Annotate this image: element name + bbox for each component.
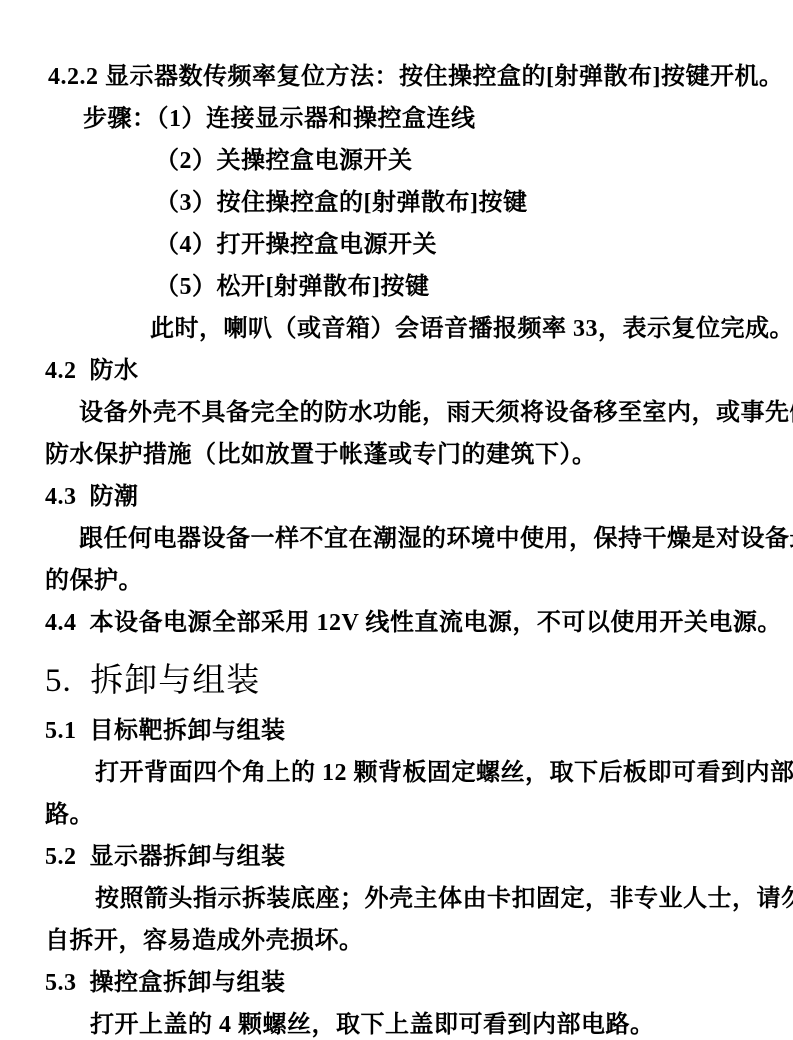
para-5-2-line-1: 按照箭头指示拆装底座；外壳主体由卡扣固定，非专业人士，请勿擅 xyxy=(45,878,755,920)
heading-4-3-moisture: 4.3 防潮 xyxy=(45,476,755,518)
step-2: （2）关操控盒电源开关 xyxy=(45,140,755,182)
heading-4-2-2: 4.2.2 显示器数传频率复位方法：按住操控盒的[射弹散布]按键开机。 xyxy=(45,56,755,98)
chapter-5-heading: 5. 拆卸与组装 xyxy=(45,656,755,706)
para-5-3-line-1: 打开上盖的 4 颗螺丝，取下上盖即可看到内部电路。 xyxy=(45,1004,755,1040)
para-waterproof-line-1: 设备外壳不具备完全的防水功能，雨天须将设备移至室内，或事先做好 xyxy=(45,392,755,434)
para-5-1-line-1: 打开背面四个角上的 12 颗背板固定螺丝，取下后板即可看到内部电 xyxy=(45,752,755,794)
heading-5-3: 5.3 操控盒拆卸与组装 xyxy=(45,962,755,1004)
para-moisture-line-2: 的保护。 xyxy=(45,560,755,602)
heading-5-2: 5.2 显示器拆卸与组装 xyxy=(45,836,755,878)
para-waterproof-line-2: 防水保护措施（比如放置于帐蓬或专门的建筑下）。 xyxy=(45,434,755,476)
heading-4-2-waterproof: 4.2 防水 xyxy=(45,350,755,392)
heading-5-1: 5.1 目标靶拆卸与组装 xyxy=(45,710,755,752)
step-5: （5）松开[射弹散布]按键 xyxy=(45,266,755,308)
para-moisture-line-1: 跟任何电器设备一样不宜在潮湿的环境中使用，保持干燥是对设备最好 xyxy=(45,518,755,560)
step-4: （4）打开操控盒电源开关 xyxy=(45,224,755,266)
manual-page: 4.2.2 显示器数传频率复位方法：按住操控盒的[射弹散布]按键开机。 步骤：（… xyxy=(0,0,793,1040)
para-5-1-line-2: 路。 xyxy=(45,794,755,836)
steps-intro-step-1: 步骤：（1）连接显示器和操控盒连线 xyxy=(45,98,755,140)
heading-4-4-power-note: 4.4 本设备电源全部采用 12V 线性直流电源，不可以使用开关电源。 xyxy=(45,602,755,644)
para-5-2-line-2: 自拆开，容易造成外壳损坏。 xyxy=(45,920,755,962)
step-3: （3）按住操控盒的[射弹散布]按键 xyxy=(45,182,755,224)
reset-complete-note: 此时，喇叭（或音箱）会语音播报频率 33，表示复位完成。 xyxy=(45,308,755,350)
